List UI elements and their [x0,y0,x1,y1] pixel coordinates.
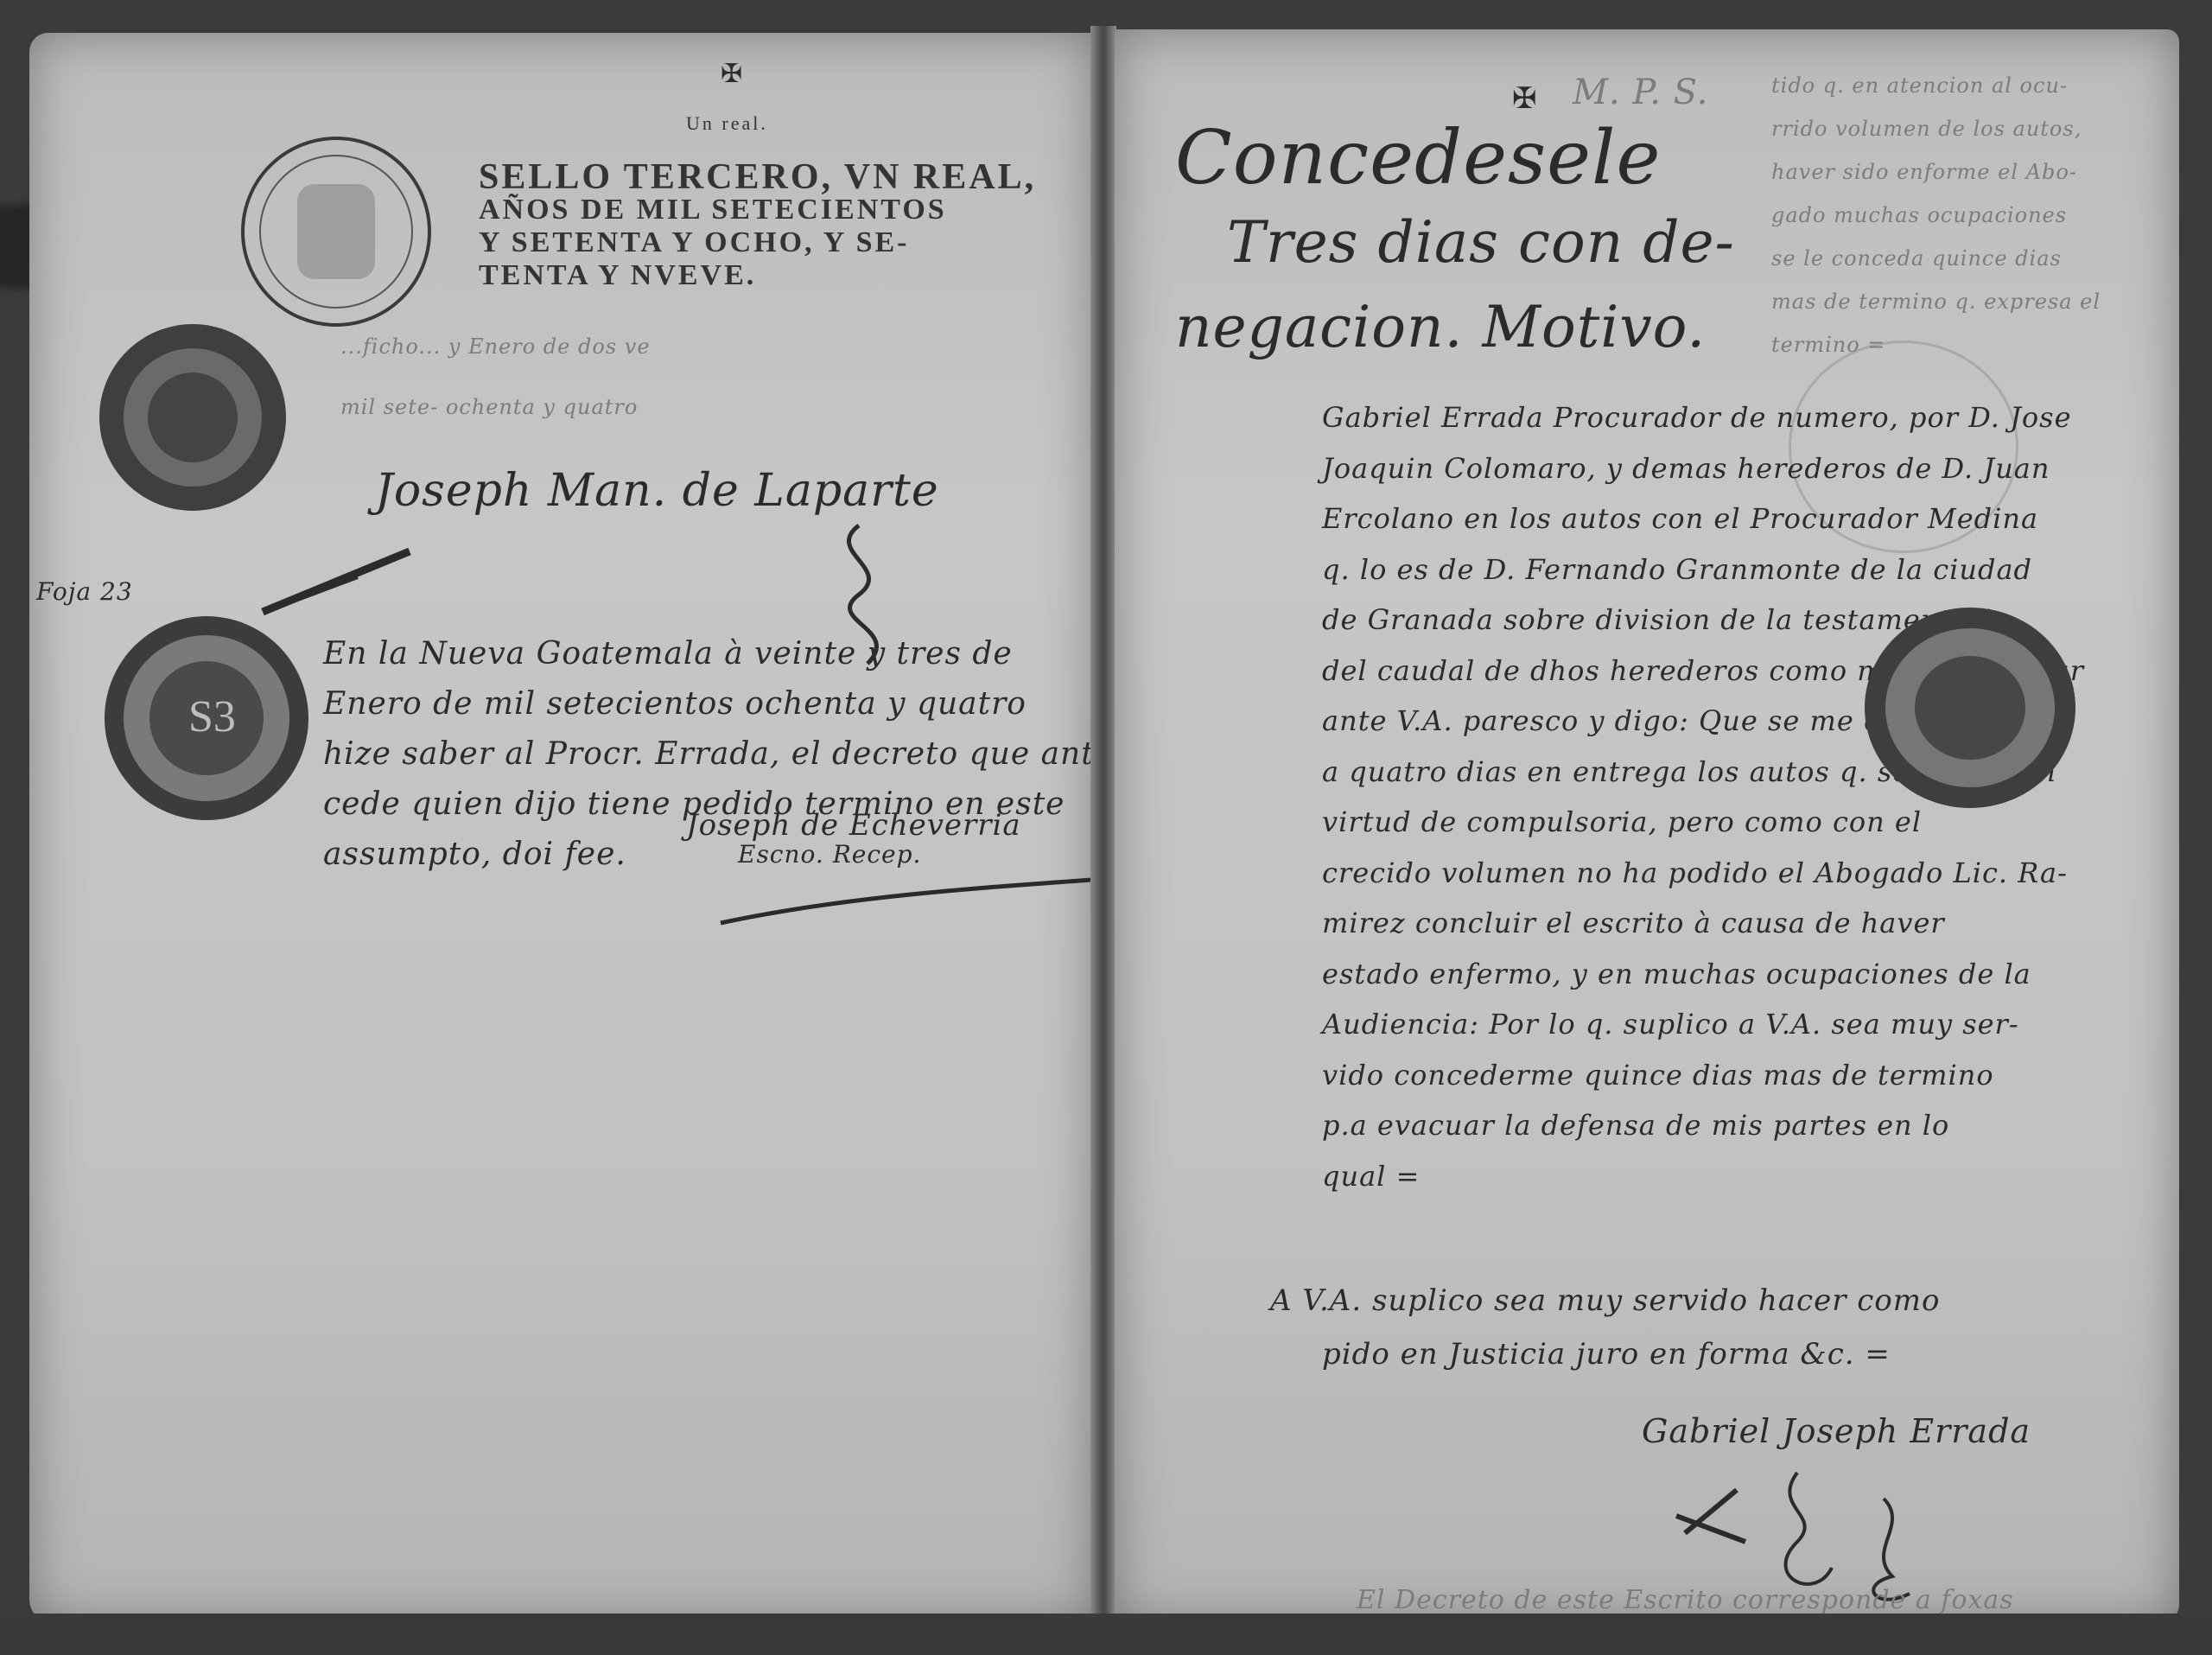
heading-line: Concedesele [1175,116,1735,201]
note-line: mil sete- ochenta y quatro [340,377,651,437]
signature-lower: Joseph de Echeverria Escno. Recep. [686,811,1021,869]
heading-line: Tres dias con de- [1175,201,1735,285]
body-line: vido concederme quince dias mas de termi… [1322,1050,2084,1101]
seal-royal-arms-icon [93,318,292,517]
margin-line: mas de termino q. expresa el [1771,280,2101,323]
quill-mark-icon [254,543,427,621]
margin-line: tido q. en atencion al ocu- [1771,64,2101,107]
body-line: Joaquin Colomaro, y demas herederos de D… [1322,443,2084,494]
body-line: qual = [1322,1151,2084,1202]
book-gutter [1090,26,1116,1625]
margin-line: haver sido enforme el Abo- [1771,150,2101,194]
seal-carolus-iii-icon [237,132,435,331]
stamp-heading: Un real. [686,112,768,135]
seal-para-los-anos-icon [1858,600,2082,816]
closing-formula: A V.A. suplico sea muy servido hacer com… [1270,1274,1941,1381]
body-line: estado enfermo, y en muchas ocupaciones … [1322,949,2084,1000]
margin-line: termino = [1771,323,2101,366]
seal-para-los-anos-icon: S3 [99,610,315,826]
right-page: ✠ M. P. S. Concedesele Tres dias con de-… [1115,29,2179,1625]
body-line: crecido volumen no ha podido el Abogado … [1322,848,2084,899]
closing-line: pido en Justicia juro en forma &c. = [1270,1327,1941,1381]
cross-mark: ✠ [721,59,743,89]
paragraph-line: Enero de mil setecientos ochenta y quatr… [323,679,1114,729]
signature-errada: Gabriel Joseph Errada [1642,1412,2031,1450]
body-line: mirez concluir el escrito à causa de hav… [1322,898,2084,949]
habilitation-note: ...ficho... y Enero de dos ve mil sete- … [340,316,651,437]
body-line: Gabriel Errada Procurador de numero, por… [1322,392,2084,443]
closing-line: A V.A. suplico sea muy servido hacer com… [1270,1274,1941,1327]
body-line: q. lo es de D. Fernando Granmonte de la … [1322,544,2084,595]
body-line: Ercolano en los autos con el Procurador … [1322,493,2084,544]
bleed-through-text [81,966,91,1035]
signature-name: Joseph de Echeverria [686,811,1021,840]
stamp-line: AÑOS DE MIL SETECIENTOS [479,194,1036,226]
paragraph-line: En la Nueva Goatemala à veinte y tres de [323,629,1114,679]
signature-upper: Joseph Man. de Laparte [375,465,939,517]
heading-note: M. P. S. [1573,73,1708,112]
rubric-flourish-icon [1668,1464,1944,1602]
margin-line: gado muchas ocupaciones [1771,194,2101,237]
margin-line: se le conceda quince dias [1771,237,2101,280]
body-line: p.a evacuar la defensa de mis partes en … [1322,1100,2084,1151]
scan-bottom-edge [0,1614,2212,1655]
heading-line: negacion. Motivo. [1175,285,1735,370]
left-page: ✠ Un real. SELLO TERCERO, VN REAL, AÑOS … [29,33,1094,1625]
decree-heading: Concedesele Tres dias con de- negacion. … [1175,116,1735,370]
stamp-line: SELLO TERCERO, VN REAL, [479,161,1036,194]
margin-folio-note: Foja 23 [36,577,133,606]
svg-text:S3: S3 [188,692,236,742]
signature-underline-icon [712,863,1109,932]
margin-line: rrido volumen de los autos, [1771,107,2101,150]
stamp-line: TENTA Y NVEVE. [479,259,1036,292]
cross-mark: ✠ [1512,81,1538,116]
paragraph-line: hize saber al Procr. Errada, el decreto … [323,729,1114,780]
stamp-text: SELLO TERCERO, VN REAL, AÑOS DE MIL SETE… [479,161,1036,292]
stamp-line: Y SETENTA Y OCHO, Y SE- [479,226,1036,259]
decree-footer-line: El Decreto de este Escrito corresponde a… [1357,1585,2014,1615]
body-line: Audiencia: Por lo q. suplico a V.A. sea … [1322,999,2084,1050]
margin-column: tido q. en atencion al ocu- rrido volume… [1771,64,2101,366]
